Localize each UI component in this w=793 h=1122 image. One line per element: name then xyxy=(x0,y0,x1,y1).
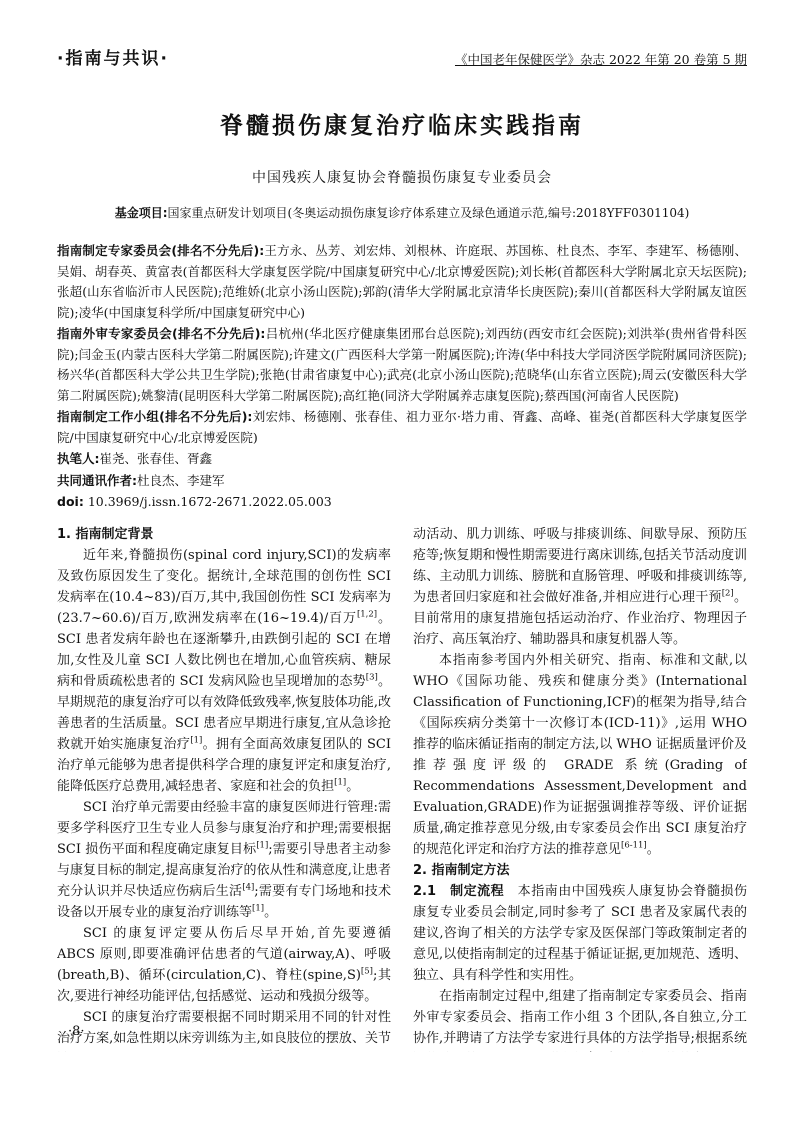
writers-line: 执笔人:崔尧、张春佳、胥鑫 xyxy=(57,449,747,470)
front-matter: 指南制定专家委员会(排名不分先后):王方永、丛芳、刘宏炜、刘根林、许庭珉、苏国栋… xyxy=(57,241,747,513)
doi-line: doi: 10.3969/j.issn.1672-2671.2022.05.00… xyxy=(57,492,747,513)
funding-line: 基金项目:国家重点研发计划项目(冬奥运动损伤康复诊疗体系建立及绿色通道示范,编号… xyxy=(57,204,747,221)
review-committee-line: 指南外审专家委员会(排名不分先后):吕杭州(华北医疗健康集团邢台总医院);刘西纺… xyxy=(57,324,747,406)
paragraph-methods-2: 在指南制定过程中,组建了指南制定专家委员会、指南外审专家委员会、指南工作小组 3… xyxy=(413,986,747,1052)
body-columns: 1. 指南制定背景 近年来,脊髓损伤(spinal cord injury,SC… xyxy=(57,524,747,1052)
paragraph-background-4: SCI 的康复治疗需要根据不同时期采用不同的针对性治疗方案,如急性期以床旁训练为… xyxy=(57,1007,391,1052)
paragraph-methods-1: 2.1 制定流程 本指南由中国残疾人康复协会脊髓损伤康复专业委员会制定,同时参考… xyxy=(413,881,747,986)
funding-text: 国家重点研发计划项目(冬奥运动损伤康复诊疗体系建立及绿色通道示范,编号:2018… xyxy=(168,206,690,220)
writers-text: 崔尧、张春佳、胥鑫 xyxy=(100,451,213,466)
funding-label: 基金项目: xyxy=(115,206,168,220)
expert-committee-line: 指南制定专家委员会(排名不分先后):王方永、丛芳、刘宏炜、刘根林、许庭珉、苏国栋… xyxy=(57,241,747,323)
corresponding-authors-label: 共同通讯作者: xyxy=(57,473,137,488)
article-title: 脊髓损伤康复治疗临床实践指南 xyxy=(57,107,747,140)
working-group-line: 指南制定工作小组(排名不分先后):刘宏炜、杨德刚、张春佳、祖力亚尔·塔力甫、胥鑫… xyxy=(57,407,747,448)
left-column: 1. 指南制定背景 近年来,脊髓损伤(spinal cord injury,SC… xyxy=(57,524,391,1052)
page-number: ·8· xyxy=(68,1024,85,1039)
section-1-heading: 1. 指南制定背景 xyxy=(57,524,391,545)
right-column: 动活动、肌力训练、呼吸与排痰训练、间歇导尿、预防压疮等;恢复期和慢性期需要进行离… xyxy=(413,524,747,1052)
review-committee-label: 指南外审专家委员会(排名不分先后): xyxy=(57,326,265,341)
working-group-label: 指南制定工作小组(排名不分先后): xyxy=(57,409,252,424)
journal-page: ·指南与共识· 《中国老年保健医学》杂志 2022 年第 20 卷第 5 期 脊… xyxy=(0,0,793,1122)
doi-text: 10.3969/j.issn.1672-2671.2022.05.003 xyxy=(88,494,332,509)
section-2-heading: 2. 指南制定方法 xyxy=(413,860,747,881)
paragraph-background-5: 本指南参考国内外相关研究、指南、标准和文献,以 WHO《国际功能、残疾和健康分类… xyxy=(413,650,747,860)
expert-committee-label: 指南制定专家委员会(排名不分先后): xyxy=(57,243,264,258)
doi-label: doi: xyxy=(57,494,84,509)
author-organization: 中国残疾人康复协会脊髓损伤康复专业委员会 xyxy=(57,167,747,187)
paragraph-background-3: SCI 的康复评定要从伤后尽早开始,首先要遵循 ABCS 原则,即要准确评估患者… xyxy=(57,923,391,1007)
paragraph-background-1: 近年来,脊髓损伤(spinal cord injury,SCI)的发病率及致伤原… xyxy=(57,545,391,797)
paragraph-background-2: SCI 治疗单元需要由经验丰富的康复医师进行管理:需要多学科医疗卫生专业人员参与… xyxy=(57,797,391,923)
corresponding-authors-text: 杜良杰、李建军 xyxy=(137,473,225,488)
journal-issue-info: 《中国老年保健医学》杂志 2022 年第 20 卷第 5 期 xyxy=(455,50,747,68)
column-section-tag: ·指南与共识· xyxy=(57,44,169,69)
writers-label: 执笔人: xyxy=(57,451,100,466)
corresponding-authors-line: 共同通讯作者:杜良杰、李建军 xyxy=(57,471,747,492)
paragraph-background-4-continued: 动活动、肌力训练、呼吸与排痰训练、间歇导尿、预防压疮等;恢复期和慢性期需要进行离… xyxy=(413,524,747,650)
page-header: ·指南与共识· 《中国老年保健医学》杂志 2022 年第 20 卷第 5 期 xyxy=(57,44,747,69)
